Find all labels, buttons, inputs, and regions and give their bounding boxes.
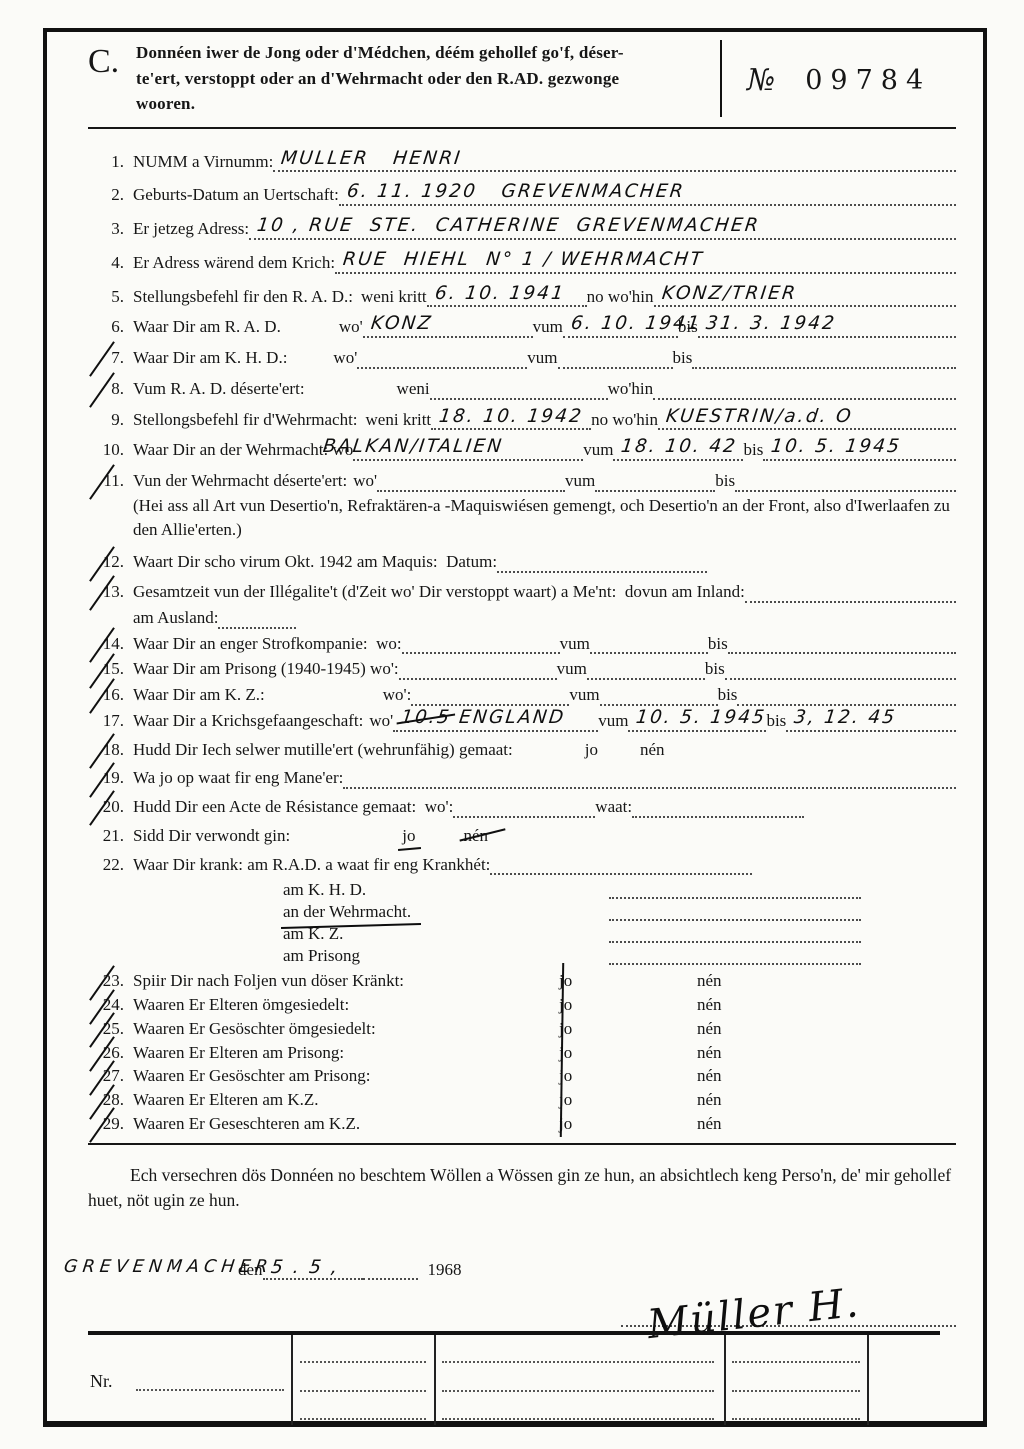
form-row: 10.Waar Dir an der Wehrmacht: woBALKAN/I… [88,439,956,461]
handwriting-text: BALKAN/ITALIEN [322,435,505,459]
signature-area: Müller H. [621,1257,956,1331]
date-handwriting: 5 . 5 , [269,1257,340,1278]
year-label: 1968 [428,1260,462,1280]
row-label: vum [565,470,595,492]
form-row: 4.Er Adress wärend dem Krich:RUE HIEHL N… [88,252,956,274]
handwriting-entry: KONZ/TRIER [662,282,797,306]
dotted-fill [453,797,595,818]
row-number: 8. [88,378,124,400]
row-label-text: Stellungsbefehl fir den R. A. D.: [133,287,353,306]
form-content: C. Donnéen iwer de Jong oder d'Médchen, … [88,40,956,1355]
form-items: 1.NUMM a Virnumm:MULLER HENRI2.Geburts-D… [88,151,956,966]
row-number: 24. [88,994,124,1016]
handwriting-entry: 10.5 ENGLAND [401,706,565,730]
header-title-line: Donnéen iwer de Jong oder d'Médchen, déé… [136,40,712,66]
row-number: 19. [88,767,124,789]
form-header: C. Donnéen iwer de Jong oder d'Médchen, … [88,40,956,117]
row-label: Er Adress wärend dem Krich: [133,252,335,274]
row-label-text: waat: [595,797,632,816]
row-label-text: Waar Dir am K. Z.: [133,685,265,704]
row-label-text: nén [640,740,665,759]
row-label: vum [598,710,628,732]
header-title-line: te'ert, verstoppt oder an d'Wehrmacht od… [136,66,712,92]
dotted-fill: 6. 10. 1941 [427,286,587,307]
form-row: 12.Waart Dir scho virum Okt. 1942 am Maq… [88,551,956,573]
jo-option: jo [559,1018,697,1040]
table-dotted-line [442,1390,714,1392]
row-label-text: Waar Dir am K. H. D.: [133,348,287,367]
dotted-fill [745,582,956,603]
form-row: 25.Waaren Er Gesöschter ömgesiedelt:joné… [88,1018,956,1040]
row-label-text: Gesamtzeit vun der Illégalite't (d'Zeit … [133,582,745,601]
row-label-text: am Prisong [283,946,360,965]
row-label: wo' [333,347,357,369]
row-label-text: Geburts-Datum an Uertschaft: [133,185,339,204]
dotted-fill [497,552,707,573]
handwriting-text: 6. 10. 1941 [569,312,702,336]
dotted-fill [343,768,956,789]
row-number: 13. [88,581,124,603]
row-label-text: wo': [383,685,412,704]
row-label-text: jo [402,826,415,845]
row-label: Waaren Er Gesöschter ömgesiedelt: [133,1018,559,1040]
row-number: 27. [88,1065,124,1087]
dotted-fill [737,685,956,706]
dotted-fill [587,659,705,680]
row-label-text: vum [583,440,613,459]
row-label-text: Hudd Dir Iech selwer mutille'ert (wehrun… [133,740,513,759]
dotted-fill: MULLER HENRI [273,151,956,172]
place-handwriting: GREVENMACHER [63,1257,274,1277]
row-label: Gesamtzeit vun der Illégalite't (d'Zeit … [133,581,745,603]
jo-option: jo [559,1065,697,1087]
row-label-text: an der Wehrmacht. [283,902,411,921]
table-divider [434,1335,436,1425]
spacer [358,429,366,430]
spacer [305,399,397,400]
row-label-text: no wo'hin [591,410,658,429]
form-row: am K. Z. [88,922,956,943]
row-number: 9. [88,409,124,431]
row-label-text: bis [766,711,786,730]
handwriting-entry: MULLER HENRI [281,147,462,171]
dotted-fill [632,797,804,818]
table-dotted-line [732,1390,860,1392]
dotted-fill [558,348,673,369]
form-row: am Prisong [88,944,956,965]
form-row: 27.Waaren Er Gesöschter am Prisong:jonén [88,1065,956,1087]
row-label: nén [463,825,488,847]
row-label: vum [560,633,590,655]
row-label: nén [640,739,665,761]
row-number: 29. [88,1113,124,1135]
row-label-text: nén [463,826,488,845]
row-label: weni [397,378,430,400]
row-label: jo [585,739,598,761]
dotted-fill [653,378,956,399]
row-label: vum [527,347,557,369]
row-label: vum [583,439,613,461]
dotted-fill: 3, 12. 45 [786,711,956,732]
table-dotted-line [300,1361,426,1363]
dotted-fill [609,944,861,965]
row-number: 16. [88,684,124,706]
dotted-fill [399,659,557,680]
nr-dotted-line [136,1389,284,1391]
row-label: Waart Dir scho virum Okt. 1942 am Maquis… [133,551,497,573]
row-label: Waar Dir am K. Z.: [133,684,265,706]
handwriting-entry: 10. 5. 1945 [771,435,901,459]
row-label: weni kritt [361,286,427,308]
dotted-fill: 10 , RUE STE. CATHERINE GREVENMACHER [249,219,956,240]
row-number: 21. [88,825,124,847]
form-row: 14.Waar Dir an enger Strofkompanie: wo:v… [88,633,956,655]
row-label: an der Wehrmacht. [283,902,609,922]
section-letter: C. [88,40,136,117]
row-label-text: am K. H. D. [283,880,366,899]
handwriting-text: 10 , RUE STE. CATHERINE GREVENMACHER [256,214,762,238]
row-number: 22. [88,854,124,876]
dotted-fill [590,633,708,654]
row-label: bis [673,347,693,369]
nr-label: Nr. [90,1371,113,1392]
table-dotted-line [442,1418,714,1420]
jo-option: jo [559,994,697,1016]
row-label: bis [705,658,725,680]
dotted-fill [728,633,956,654]
row-label: Sidd Dir verwondt gin: [133,825,290,847]
row-label: wo': [383,684,412,706]
spacer [353,306,361,307]
row-label-text: Waar Dir a Krichsgefaangeschaft: [133,711,363,730]
row-label-text: Waar Dir krank: am R.A.D. a waat fir eng… [133,855,490,874]
row-label: Vun der Wehrmacht déserte'ert: [133,470,347,492]
dotted-fill: KUESTRIN/a.d. O [658,409,956,430]
dotted-fill: 10. 5. 1945 [628,711,766,732]
dotted-fill: 6. 10. 1941 [563,317,678,338]
row-label-text: vum [533,317,563,336]
row-label: Waaren Er Elteren am Prisong: [133,1042,559,1064]
table-dotted-line [442,1361,714,1363]
row-label-text: weni kritt [361,287,427,306]
jo-nen-block: 23.Spiir Dir nach Foljen vun döser Kränk… [88,970,956,1134]
form-row: 7.Waar Dir am K. H. D.:wo'vumbis [88,347,956,369]
row-number: 11. [88,470,124,492]
handwriting-text: 6. 10. 1941 [433,282,566,306]
row-label: Wa jo op waat fir eng Mane'er: [133,767,343,789]
handwriting-text: 18. 10. 42 [620,435,739,459]
row-number: 25. [88,1018,124,1040]
dotted-fill: 6. 11. 1920 GREVENMACHER [339,185,956,206]
handwriting-text: 10.5 [400,706,453,730]
form-row: 26.Waaren Er Elteren am Prisong:jonén [88,1042,956,1064]
dotted-fill: 10.5 ENGLAND [393,711,598,732]
dotted-fill [430,378,608,399]
row-label-text: bis [708,634,728,653]
dotted-fill: KONZ [363,317,533,338]
jo-option: jo [559,1042,697,1064]
form-row: 16.Waar Dir am K. Z.:wo':vumbis [88,684,956,706]
row-number: 10. [88,439,124,461]
row-label-text: jo [585,740,598,759]
row-label-text: Vun der Wehrmacht déserte'ert: [133,471,347,490]
handwriting-text: 10. 5. 1945 [770,435,903,459]
row-label-text: wo' [353,471,377,490]
form-row: 13.Gesamtzeit vun der Illégalite't (d'Ze… [88,581,956,603]
row-label: Er jetzeg Adress: [133,218,249,240]
dotted-fill [377,471,565,492]
row-number: 12. [88,551,124,573]
row-label: Spiir Dir nach Foljen vun döser Kränkt: [133,970,559,992]
page-border-left [43,28,47,1426]
header-title: Donnéen iwer de Jong oder d'Médchen, déé… [136,40,712,117]
row-label: weni kritt [366,409,432,431]
spacer [287,368,333,369]
table-dotted-line [732,1418,860,1420]
row-number: 23. [88,970,124,992]
form-row: 18.Hudd Dir Iech selwer mutille'ert (weh… [88,739,956,761]
form-row: 9.Stellongsbefehl fir d'Wehrmacht:weni k… [88,409,956,431]
dotted-fill [595,471,715,492]
nen-option: nén [697,1065,722,1087]
row-label: vum [557,658,587,680]
dotted-fill [411,685,569,706]
handwriting-text: 3, 12. 45 [793,706,898,730]
row-label: Stellongsbefehl fir d'Wehrmacht: [133,409,358,431]
row-label-text: Er Adress wärend dem Krich: [133,253,335,272]
row-label: waat: [595,796,632,818]
row-number: 14. [88,633,124,655]
row-label: bis [715,470,735,492]
handwriting-text: 18. 10. 1942 [438,405,585,429]
row-label-text: vum [557,659,587,678]
handwriting-entry: BALKAN/ITALIEN [323,435,503,459]
form-row: 28.Waaren Er Elteren am K.Z.jonén [88,1089,956,1111]
nen-option: nén [697,970,722,992]
row-label: am Ausland: [133,607,218,629]
handwriting-entry: 6. 10. 1941 [571,312,701,336]
header-rule [88,127,956,129]
row-label: Waar Dir an enger Strofkompanie: wo: [133,633,402,655]
row-label-text: Waart Dir scho virum Okt. 1942 am Maquis… [133,552,497,571]
row-label-text: wo'hin [608,379,654,398]
handwriting-entry: 18. 10. 1942 [439,405,583,429]
row-label-text: vum [598,711,628,730]
row-number: 2. [88,184,124,206]
row-label-text: bis [715,471,735,490]
form-row: 5.Stellungsbefehl fir den R. A. D.:weni … [88,286,956,308]
table-dotted-line [300,1418,426,1420]
form-row: am Ausland: [88,607,956,629]
form-row: 23.Spiir Dir nach Foljen vun döser Kränk… [88,970,956,992]
row-label: Geburts-Datum an Uertschaft: [133,184,339,206]
table-divider [724,1335,726,1425]
row-number: 6. [88,316,124,338]
row-label-text: NUMM a Virnumm: [133,152,273,171]
row-number: 18. [88,739,124,761]
row-number: 15. [88,658,124,680]
row-label: Waar Dir an der Wehrmacht: wo [133,439,353,461]
page-border-top [43,28,987,32]
handwriting-entry: RUE HIEHL N° 1 / WEHRMACHT [343,248,704,272]
row-label-text: (Hei ass all Art vun Desertio'n, Refrakt… [133,496,950,539]
handwriting-text: 10. 5. 1945 [635,706,768,730]
footer-table: Nr. [88,1331,940,1425]
dotted-fill [725,659,956,680]
dotted-fill: 31. 3. 1942 [698,317,956,338]
handwriting-text: KONZ/TRIER [660,282,798,306]
row-label-text: bis [673,348,693,367]
section-divider-rule [88,1143,956,1145]
row-label: jo [402,825,415,847]
spacer [281,337,339,338]
page-border-right [983,28,987,1426]
row-label-text: Waar Dir an der Wehrmacht: wo [133,440,353,459]
nen-option: nén [697,1018,722,1040]
dotted-fill [490,854,752,875]
handwriting-entry: 31. 3. 1942 [706,312,836,336]
row-number: 7. [88,347,124,369]
nen-option: nén [697,1042,722,1064]
row-label-text: wo' [369,711,393,730]
table-divider [291,1335,293,1425]
form-row: 15.Waar Dir am Prisong (1940-1945) wo':v… [88,658,956,680]
handwriting-text: MULLER HENRI [280,147,464,171]
table-divider [867,1335,869,1425]
form-row: 19.Wa jo op waat fir eng Mane'er: [88,767,956,789]
row-label-text: Sidd Dir verwondt gin: [133,826,290,845]
row-label-text: bis [705,659,725,678]
number-sign: № [747,63,775,98]
handwriting-entry: 10 , RUE STE. CATHERINE GREVENMACHER [257,214,760,238]
handwriting-entry: KONZ [371,312,433,336]
row-label-text: Waar Dir an enger Strofkompanie: wo: [133,634,402,653]
row-label-text: vum [565,471,595,490]
handwriting-entry: 10. 5. 1945 [636,706,766,730]
row-label-text: Waar Dir am Prisong (1940-1945) wo': [133,659,399,678]
table-dotted-line [300,1390,426,1392]
dotted-fill [402,633,560,654]
form-row: 3.Er jetzeg Adress:10 , RUE STE. CATHERI… [88,218,956,240]
row-label: Hudd Dir Iech selwer mutille'ert (wehrun… [133,739,513,761]
row-label-text: no wo'hin [587,287,654,306]
row-label: Waaren Er Elteren am K.Z. [133,1089,559,1111]
row-number: 3. [88,218,124,240]
row-label-text: vum [527,348,557,367]
row-label: bis [743,439,763,461]
form-row: 21.Sidd Dir verwondt gin:jonén [88,825,956,847]
row-label-text: vum [560,634,590,653]
handwriting-text: ENGLAND [450,706,567,730]
handwriting-text: 6. 11. 1920 GREVENMACHER [345,180,686,204]
row-label: vum [569,684,599,706]
row-label-text: Hudd Dir een Acte de Résistance gemaat: … [133,797,453,816]
jo-option: jo [559,1113,697,1135]
document-page: C. Donnéen iwer de Jong oder d'Médchen, … [0,0,1024,1449]
row-label-text: vum [569,685,599,704]
row-label-text: am Ausland: [133,608,218,627]
row-label: Waar Dir a Krichsgefaangeschaft: [133,710,363,732]
form-row: 6.Waar Dir am R. A. D.wo'KONZvum6. 10. 1… [88,316,956,338]
dotted-fill: 18. 10. 1942 [431,409,591,430]
dotted-fill [218,608,296,629]
nen-option: nén [697,1113,722,1135]
row-label-text: weni [397,379,430,398]
spacer [513,759,585,760]
handwriting-entry: 6. 11. 1920 GREVENMACHER [347,180,685,204]
row-label-text: Er jetzeg Adress: [133,219,249,238]
row-label: am Prisong [283,946,609,966]
row-number: 26. [88,1042,124,1064]
row-label: Waar Dir am K. H. D.: [133,347,287,369]
dotted-fill [600,685,718,706]
header-title-line: wooren. [136,91,712,117]
document-number-value: 09784 [805,65,931,96]
handwriting-entry: 3, 12. 45 [794,706,896,730]
row-label: no wo'hin [587,286,654,308]
row-label: wo' [353,470,377,492]
row-label: no wo'hin [591,409,658,431]
dotted-fill [692,348,956,369]
row-label: bis [708,633,728,655]
row-label: Vum R. A. D. déserte'ert: [133,378,305,400]
spacer [265,705,383,706]
row-label: Waaren Er Elteren ömgesiedelt: [133,994,559,1016]
dotted-fill [357,348,527,369]
date-fill: 5 . 5 , [263,1259,363,1280]
table-dotted-line [732,1361,860,1363]
row-label: bis [766,710,786,732]
row-label-text: Vum R. A. D. déserte'ert: [133,379,305,398]
row-label-text: bis [743,440,763,459]
row-label: wo' [339,316,363,338]
declaration-paragraph: Ech versechren dös Donnéen no beschtem W… [88,1163,956,1214]
nen-option: nén [697,994,722,1016]
spacer [290,846,402,847]
row-label-text: Stellongsbefehl fir d'Wehrmacht: [133,410,358,429]
nen-option: nén [697,1089,722,1111]
row-label: bis [718,684,738,706]
row-label: wo'hin [608,378,654,400]
form-row: 24.Waaren Er Elteren ömgesiedelt:jonén [88,994,956,1016]
handwriting-entry: 6. 10. 1941 [435,282,565,306]
row-number: 28. [88,1089,124,1111]
row-label: Waaren Er Geseschteren am K.Z. [133,1113,559,1135]
form-row: am K. H. D. [88,878,956,899]
form-row: (Hei ass all Art vun Desertio'n, Refrakt… [88,494,956,542]
row-label: Waar Dir am Prisong (1940-1945) wo': [133,658,399,680]
handwriting-text: KONZ [369,312,433,336]
row-label: Waar Dir am R. A. D. [133,316,281,338]
row-label-text: weni kritt [366,410,432,429]
row-label-text: Waar Dir am R. A. D. [133,317,281,336]
row-label: Waaren Er Gesöschter am Prisong: [133,1065,559,1087]
form-row: 29.Waaren Er Geseschteren am K.Z.jonén [88,1113,956,1135]
handwriting-text: RUE HIEHL N° 1 / WEHRMACHT [342,248,706,272]
row-label: Waar Dir krank: am R.A.D. a waat fir eng… [133,854,490,876]
document-number-box: № 09784 [722,40,956,117]
row-label-text: bis [718,685,738,704]
dotted-fill [609,878,861,899]
form-row: 20.Hudd Dir een Acte de Résistance gemaa… [88,796,956,818]
row-number: 20. [88,796,124,818]
row-label: Hudd Dir een Acte de Résistance gemaat: … [133,796,453,818]
row-label: (Hei ass all Art vun Desertio'n, Refrakt… [133,494,956,542]
spacer [415,846,463,847]
dotted-fill: 18. 10. 42 [613,440,743,461]
row-label: am K. H. D. [283,880,609,900]
form-row: 11.Vun der Wehrmacht déserte'ert:wo'vumb… [88,470,956,492]
